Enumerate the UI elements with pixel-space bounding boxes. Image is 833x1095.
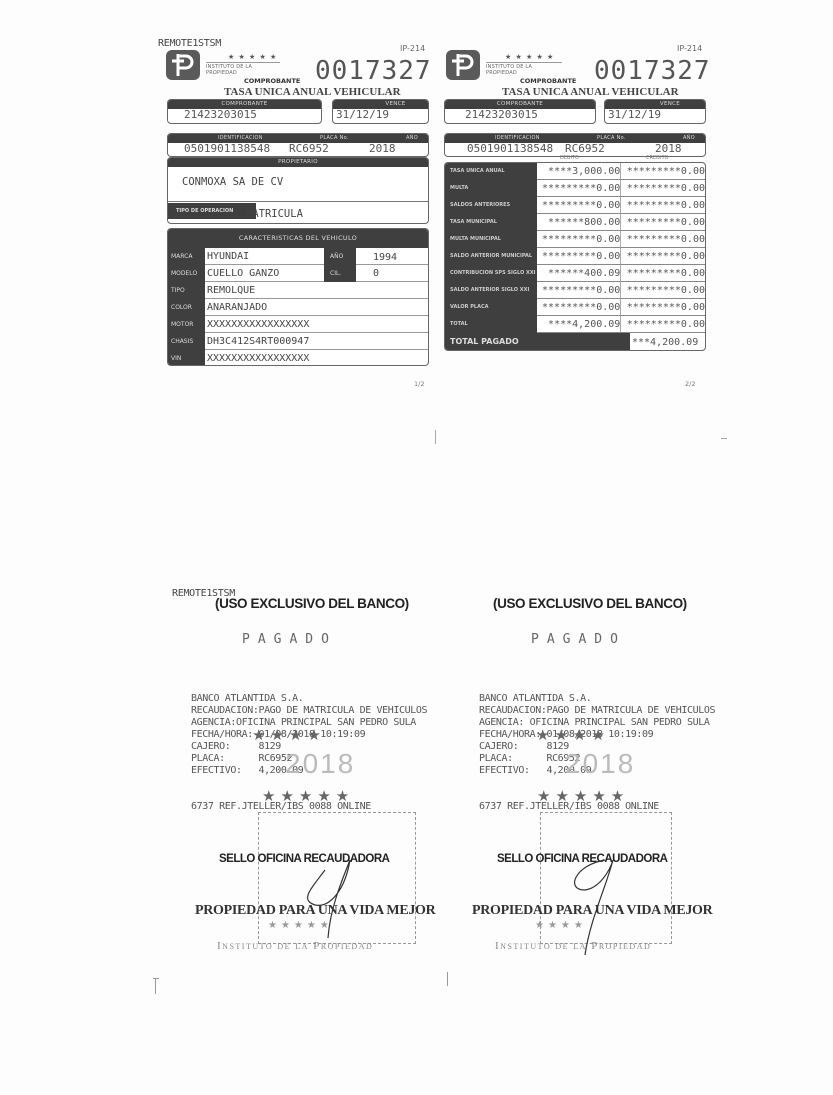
signature-icon bbox=[555, 850, 625, 960]
remote-label: REMOTE1STSM bbox=[158, 38, 221, 49]
charge-label: TASA MUNICIPAL bbox=[445, 214, 537, 231]
charge-row: SALDO ANTERIOR SIGLO XXI*********0.00***… bbox=[445, 282, 705, 299]
charge-debito: ******800.00 bbox=[537, 214, 621, 231]
vehicle-cil-value: 0 bbox=[371, 268, 379, 279]
total-pagado-label: TOTAL PAGADO bbox=[445, 333, 630, 350]
vehicle-row-label: COLOR bbox=[168, 299, 205, 316]
comprobante-field: COMPROBANTE 21423203015 bbox=[167, 99, 322, 124]
vehicle-anio-value: 1994 bbox=[371, 252, 397, 263]
anio-value: 2018 bbox=[655, 143, 682, 155]
vence-field: VENCE 31/12/19 bbox=[604, 99, 706, 124]
pagado-status: PAGADO bbox=[242, 632, 337, 647]
charge-debito: ******400.09 bbox=[537, 265, 621, 282]
tipo-operacion-value: MATRICULA bbox=[246, 208, 303, 220]
identificacion-value: 0501901138548 bbox=[184, 143, 289, 155]
vehicle-rows: MARCAHYUNDAIMODELOCUELLO GANZOTIPOREMOLQ… bbox=[168, 248, 428, 366]
vehicle-row-value: ANARANJADO bbox=[205, 302, 267, 313]
comprobante-caption: COMPROBANTE bbox=[244, 77, 300, 85]
institution-name: INSTITUTO DE LA PROPIEDAD bbox=[486, 62, 562, 76]
scan-mark bbox=[721, 438, 727, 439]
vehicle-row-label: MOTOR bbox=[168, 316, 205, 333]
scan-mark bbox=[435, 430, 436, 444]
form-code: IP-214 bbox=[400, 44, 425, 53]
stars-decoration: ★★★★ bbox=[252, 726, 326, 744]
charge-debito: *********0.00 bbox=[537, 299, 621, 316]
vehicle-row: CHASISDH3C412S4RT000947 bbox=[168, 333, 428, 350]
charge-label: CONTRIBUCION SPS SIGLO XXI bbox=[445, 265, 537, 282]
bank-line: RECAUDACION:PAGO DE MATRICULA DE VEHICUL… bbox=[191, 705, 427, 717]
document-title: TASA UNICA ANUAL VEHICULAR bbox=[224, 86, 401, 98]
instituto-logo-icon bbox=[446, 50, 480, 80]
charge-credito: *********0.00 bbox=[620, 248, 705, 265]
stamp-year: 2018 bbox=[285, 748, 355, 780]
instituto-logo-icon bbox=[166, 50, 200, 80]
comprobante-value: 21423203015 bbox=[168, 109, 321, 121]
charge-label: TOTAL bbox=[445, 316, 537, 333]
vehicle-row: MODELOCUELLO GANZO bbox=[168, 265, 428, 282]
bank-line: RECAUDACION:PAGO DE MATRICULA DE VEHICUL… bbox=[479, 705, 715, 717]
vence-value: 31/12/19 bbox=[605, 109, 705, 121]
vehicle-row-value: DH3C412S4RT000947 bbox=[205, 336, 309, 347]
charge-row: SALDO ANTERIOR MUNICIPAL*********0.00***… bbox=[445, 248, 705, 265]
charge-credito: *********0.00 bbox=[620, 163, 705, 180]
charge-credito: *********0.00 bbox=[620, 197, 705, 214]
vehicle-row-label: TIPO bbox=[168, 282, 205, 299]
scan-mark bbox=[447, 972, 448, 986]
vehicle-header: CARACTERISTICAS DEL VEHICULO bbox=[168, 229, 428, 248]
stars-decoration: ★ ★ ★ ★ ★ bbox=[228, 53, 277, 61]
bank-line: BANCO ATLANTIDA S.A. bbox=[479, 693, 715, 705]
anio-label: AÑO bbox=[683, 134, 695, 143]
charge-row: SALDOS ANTERIORES*********0.00*********0… bbox=[445, 197, 705, 214]
charge-debito: *********0.00 bbox=[537, 180, 621, 197]
vehicle-row-label: CHASIS bbox=[168, 333, 205, 350]
total-pagado-value: ***4,200.09 bbox=[630, 333, 698, 350]
vence-field: VENCE 31/12/19 bbox=[332, 99, 429, 124]
debito-label: DEBITO bbox=[560, 155, 579, 161]
identificacion-value: 0501901138548 bbox=[467, 143, 565, 155]
charge-credito: *********0.00 bbox=[620, 180, 705, 197]
form-code: IP-214 bbox=[677, 44, 702, 53]
vehicle-row: VINXXXXXXXXXXXXXXXXX bbox=[168, 350, 428, 366]
vehicle-characteristics: CARACTERISTICAS DEL VEHICULO MARCAHYUNDA… bbox=[167, 228, 429, 366]
charge-debito: ****4,200.09 bbox=[537, 316, 621, 333]
charge-debito: *********0.00 bbox=[537, 248, 621, 265]
vence-value: 31/12/19 bbox=[333, 109, 428, 121]
receipt-number: 0017327 bbox=[315, 56, 432, 86]
charge-debito: *********0.00 bbox=[537, 282, 621, 299]
credito-label: CREDITO bbox=[646, 155, 668, 161]
vehicle-row-value: CUELLO GANZO bbox=[205, 268, 279, 279]
charges-rows: TASA UNICA ANUAL****3,000.00*********0.0… bbox=[445, 163, 705, 333]
charge-label: SALDOS ANTERIORES bbox=[445, 197, 537, 214]
charge-row: TASA MUNICIPAL******800.00*********0.00 bbox=[445, 214, 705, 231]
comprobante-caption: COMPROBANTE bbox=[520, 77, 576, 85]
vehicle-row-value: XXXXXXXXXXXXXXXXX bbox=[205, 353, 309, 364]
vehicle-row-value: REMOLQUE bbox=[205, 285, 255, 296]
vehicle-row: TIPOREMOLQUE bbox=[168, 282, 428, 299]
comprobante-field: COMPROBANTE 21423203015 bbox=[444, 99, 596, 124]
scan-mark bbox=[155, 978, 156, 994]
vehicle-row-label: MARCA bbox=[168, 248, 205, 265]
anio-label: AÑO bbox=[406, 134, 418, 143]
propietario-value: CONMOXA SA DE CV bbox=[168, 167, 428, 188]
page-number: 1/2 bbox=[414, 380, 424, 388]
institution-name: INSTITUTO DE LA PROPIEDAD bbox=[206, 62, 280, 76]
vehicle-row-value: XXXXXXXXXXXXXXXXX bbox=[205, 319, 309, 330]
vehicle-row-label: MODELO bbox=[168, 265, 205, 282]
charge-label: TASA UNICA ANUAL bbox=[445, 163, 537, 180]
charge-row: MULTA*********0.00*********0.00 bbox=[445, 180, 705, 197]
vehicle-row: MOTORXXXXXXXXXXXXXXXXX bbox=[168, 316, 428, 333]
charge-credito: *********0.00 bbox=[620, 316, 705, 333]
vehicle-row-value: HYUNDAI bbox=[205, 251, 249, 262]
propietario-field: PROPIETARIO CONMOXA SA DE CV TIPO DE OPE… bbox=[167, 157, 429, 224]
document-title: TASA UNICA ANUAL VEHICULAR bbox=[502, 86, 679, 98]
institution-footer: Instituto de la Propiedad bbox=[217, 940, 373, 952]
charge-credito: *********0.00 bbox=[620, 231, 705, 248]
charge-row: CONTRIBUCION SPS SIGLO XXI******400.09**… bbox=[445, 265, 705, 282]
charge-label: MULTA bbox=[445, 180, 537, 197]
charge-row: VALOR PLACA*********0.00*********0.00 bbox=[445, 299, 705, 316]
charge-debito: ****3,000.00 bbox=[537, 163, 621, 180]
vehicle-row-label: VIN bbox=[168, 350, 205, 367]
charge-label: VALOR PLACA bbox=[445, 299, 537, 316]
charge-row: TASA UNICA ANUAL****3,000.00*********0.0… bbox=[445, 163, 705, 180]
placa-value: RC6952 bbox=[565, 143, 655, 155]
charge-credito: *********0.00 bbox=[620, 282, 705, 299]
charge-row: TOTAL****4,200.09*********0.00 bbox=[445, 316, 705, 333]
identification-row: IDENTIFICACION PLACA No. AÑO 05019011385… bbox=[167, 133, 429, 157]
charge-credito: *********0.00 bbox=[620, 299, 705, 316]
stamp-year: 2018 bbox=[565, 748, 635, 780]
page-number: 2/2 bbox=[685, 380, 695, 388]
charge-credito: *********0.00 bbox=[620, 265, 705, 282]
stars-decoration: ★★★★ bbox=[536, 726, 610, 744]
anio-value: 2018 bbox=[369, 143, 396, 155]
propietario-label: PROPIETARIO bbox=[168, 158, 428, 167]
charge-debito: *********0.00 bbox=[537, 197, 621, 214]
comprobante-value: 21423203015 bbox=[445, 109, 595, 121]
signature-icon bbox=[290, 830, 360, 940]
vehicle-cil-label: CIL. bbox=[324, 265, 356, 282]
charge-debito: *********0.00 bbox=[537, 231, 621, 248]
pagado-status: PAGADO bbox=[531, 632, 626, 647]
vehicle-anio-label: AÑO bbox=[324, 248, 356, 265]
uso-exclusivo-banco: (USO EXCLUSIVO DEL BANCO) bbox=[215, 596, 409, 611]
charge-label: SALDO ANTERIOR MUNICIPAL bbox=[445, 248, 537, 265]
uso-exclusivo-banco: (USO EXCLUSIVO DEL BANCO) bbox=[493, 596, 687, 611]
placa-value: RC6952 bbox=[289, 143, 369, 155]
stars-decoration: ★ ★ ★ ★ ★ bbox=[505, 53, 554, 61]
charge-credito: *********0.00 bbox=[620, 214, 705, 231]
receipt-number: 0017327 bbox=[594, 56, 711, 86]
charge-label: MULTA MUNICIPAL bbox=[445, 231, 537, 248]
identification-row: IDENTIFICACION PLACA No. AÑO 05019011385… bbox=[444, 133, 706, 157]
charge-label: SALDO ANTERIOR SIGLO XXI bbox=[445, 282, 537, 299]
bank-line: BANCO ATLANTIDA S.A. bbox=[191, 693, 427, 705]
tipo-operacion-label: TIPO DE OPERACION bbox=[168, 203, 256, 219]
total-pagado-row: TOTAL PAGADO ***4,200.09 bbox=[445, 333, 705, 350]
charge-row: MULTA MUNICIPAL*********0.00*********0.0… bbox=[445, 231, 705, 248]
vehicle-row: COLORANARANJADO bbox=[168, 299, 428, 316]
charges-table: TASA UNICA ANUAL****3,000.00*********0.0… bbox=[444, 162, 706, 351]
scan-mark bbox=[153, 978, 159, 979]
